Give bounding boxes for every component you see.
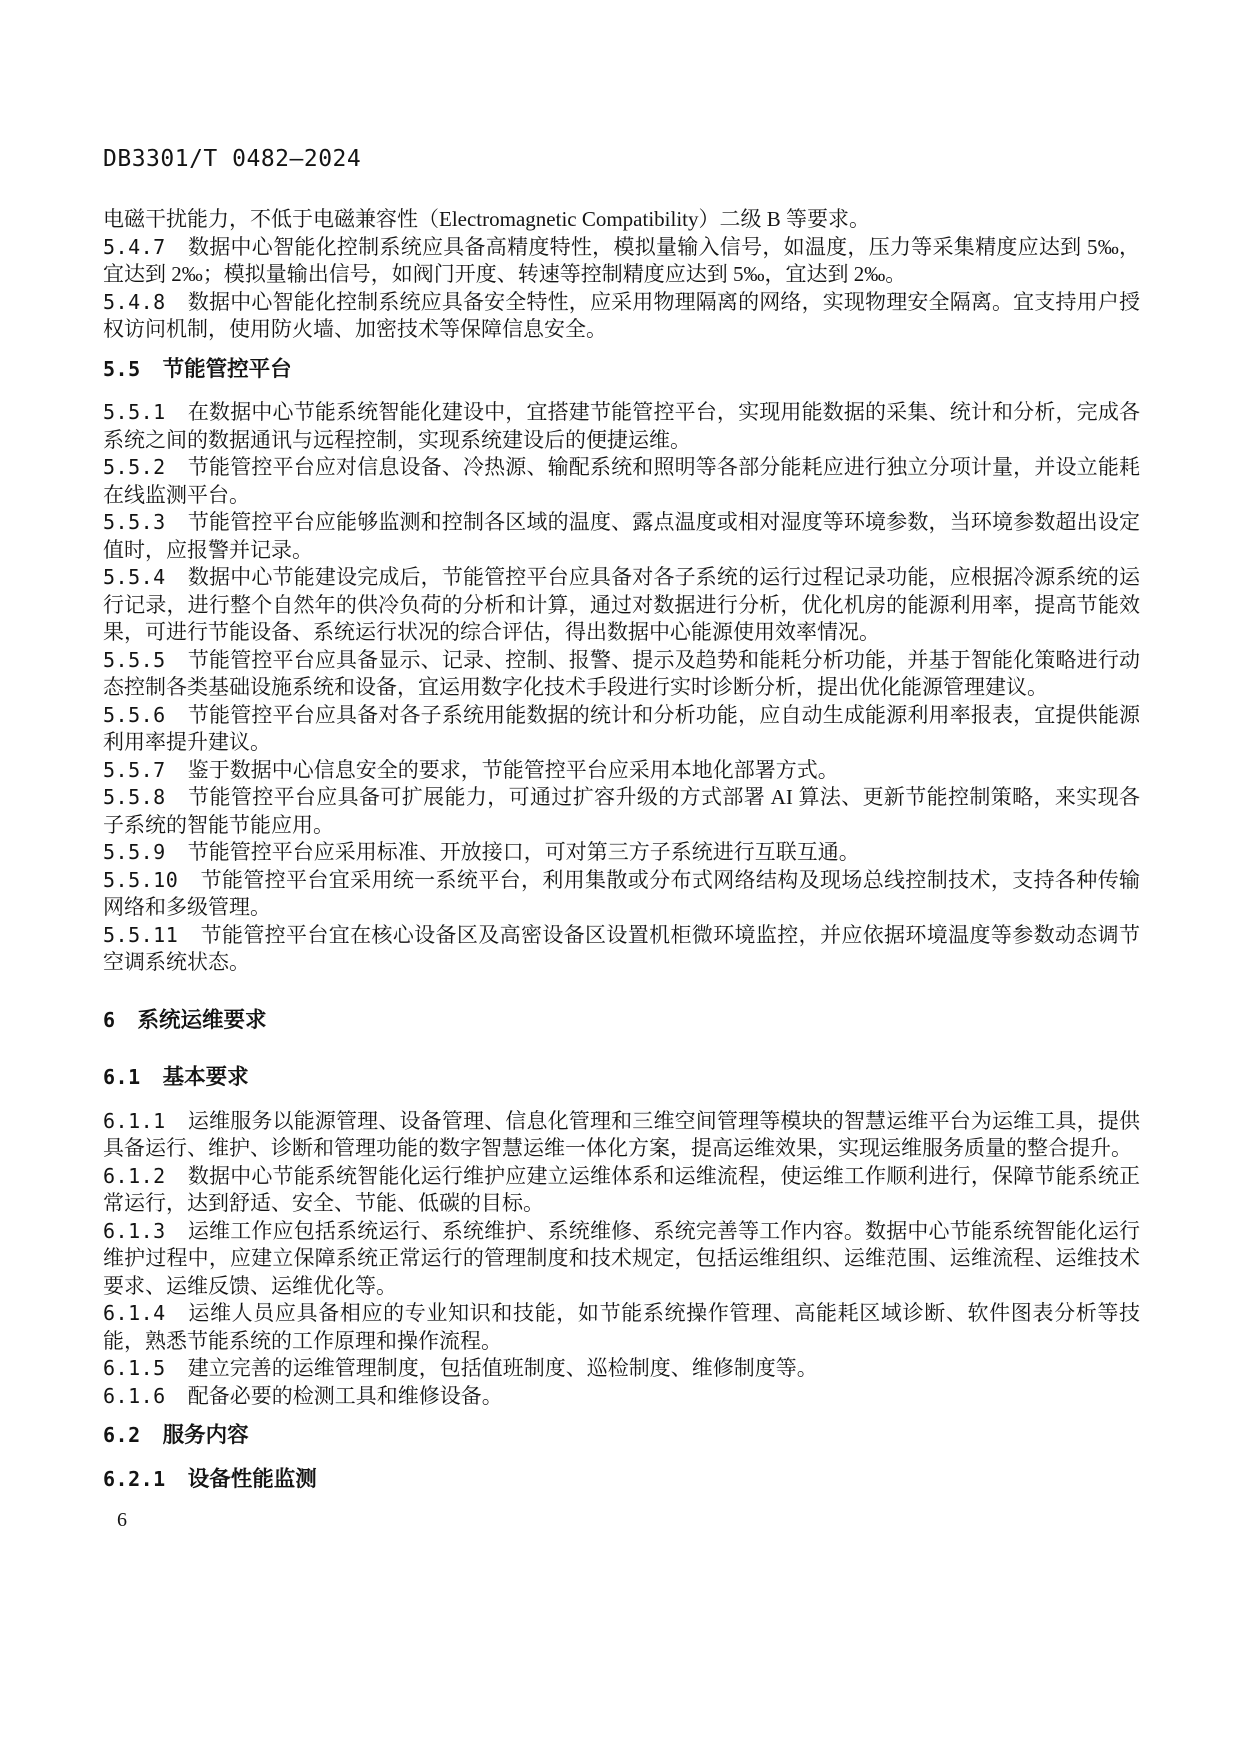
heading-number: 6.2 xyxy=(103,1423,141,1447)
clause-5.5.8: 5.5.8节能管控平台应具备可扩展能力，可通过扩容升级的方式部署 AI 算法、更… xyxy=(103,784,1140,839)
clause-5.5.9: 5.5.9节能管控平台应采用标准、开放接口，可对第三方子系统进行互联互通。 xyxy=(103,839,1140,867)
heading-number: 5.5 xyxy=(103,357,141,381)
clause-number: 5.4.8 xyxy=(103,290,166,314)
clause-number: 5.5.5 xyxy=(103,648,166,672)
clause-number: 6.1.4 xyxy=(103,1301,166,1325)
heading-number: 6 xyxy=(103,1008,116,1032)
clause-number: 5.5.7 xyxy=(103,758,166,782)
document-number-header: DB3301/T 0482—2024 xyxy=(103,146,1140,172)
clause-text: 运维工作应包括系统运行、系统维护、系统维修、系统完善等工作内容。数据中心节能系统… xyxy=(103,1219,1140,1298)
heading-text: 节能管控平台 xyxy=(163,357,292,381)
clause-number: 5.4.7 xyxy=(103,235,166,259)
clause-text: 在数据中心节能系统智能化建设中，宜搭建节能管控平台，实现用能数据的采集、统计和分… xyxy=(103,400,1140,452)
clause-text: 建立完善的运维管理制度，包括值班制度、巡检制度、维修制度等。 xyxy=(188,1356,818,1380)
clause-number: 6.1.3 xyxy=(103,1219,166,1243)
heading-text: 设备性能监测 xyxy=(188,1467,317,1491)
clause-5.5.5: 5.5.5节能管控平台应具备显示、记录、控制、报警、提示及趋势和能耗分析功能，并… xyxy=(103,647,1140,702)
clause-number: 6.1.2 xyxy=(103,1164,166,1188)
heading-text: 服务内容 xyxy=(163,1423,249,1447)
clause-6.1.2: 6.1.2数据中心节能系统智能化运行维护应建立运维体系和运维流程，使运维工作顺利… xyxy=(103,1163,1140,1218)
clause-5.5.10: 5.5.10节能管控平台宜采用统一系统平台，利用集散或分布式网络结构及现场总线控… xyxy=(103,867,1140,922)
clause-5.5.1: 5.5.1在数据中心节能系统智能化建设中，宜搭建节能管控平台，实现用能数据的采集… xyxy=(103,399,1140,454)
clause-text: 数据中心节能系统智能化运行维护应建立运维体系和运维流程，使运维工作顺利进行，保障… xyxy=(103,1164,1140,1216)
clause-5.4.7: 5.4.7数据中心智能化控制系统应具备高精度特性，模拟量输入信号，如温度，压力等… xyxy=(103,234,1140,289)
clause-6.1.1: 6.1.1运维服务以能源管理、设备管理、信息化管理和三维空间管理等模块的智慧运维… xyxy=(103,1108,1140,1163)
clause-number: 5.5.2 xyxy=(103,455,166,479)
section-heading-5.5: 5.5节能管控平台 xyxy=(103,356,1140,384)
continued-paragraph: 电磁干扰能力，不低于电磁兼容性（Electromagnetic Compatib… xyxy=(103,206,1140,234)
heading-number: 6.1 xyxy=(103,1065,141,1089)
clause-5.5.3: 5.5.3节能管控平台应能够监测和控制各区域的温度、露点温度或相对湿度等环境参数… xyxy=(103,509,1140,564)
clause-5.4.8: 5.4.8数据中心智能化控制系统应具备安全特性，应采用物理隔离的网络，实现物理安… xyxy=(103,289,1140,344)
clause-number: 6.1.5 xyxy=(103,1356,166,1380)
clause-number: 5.5.9 xyxy=(103,840,166,864)
clause-6.1.4: 6.1.4运维人员应具备相应的专业知识和技能，如节能系统操作管理、高能耗区域诊断… xyxy=(103,1300,1140,1355)
clause-5.5.4: 5.5.4数据中心节能建设完成后，节能管控平台应具备对各子系统的运行过程记录功能… xyxy=(103,564,1140,647)
clause-text: 运维服务以能源管理、设备管理、信息化管理和三维空间管理等模块的智慧运维平台为运维… xyxy=(103,1109,1140,1161)
standard-document-page: DB3301/T 0482—2024 电磁干扰能力，不低于电磁兼容性（Elect… xyxy=(0,0,1241,1754)
clause-number: 5.5.6 xyxy=(103,703,166,727)
clause-text: 节能管控平台应对信息设备、冷热源、输配系统和照明等各部分能耗应进行独立分项计量，… xyxy=(103,455,1140,507)
clause-number: 5.5.8 xyxy=(103,785,166,809)
clause-text: 节能管控平台应采用标准、开放接口，可对第三方子系统进行互联互通。 xyxy=(188,840,860,864)
document-content: 电磁干扰能力，不低于电磁兼容性（Electromagnetic Compatib… xyxy=(103,206,1140,1493)
section-heading-6.2.1: 6.2.1设备性能监测 xyxy=(103,1466,1140,1494)
clause-number: 5.5.11 xyxy=(103,923,178,947)
clause-text: 数据中心智能化控制系统应具备高精度特性，模拟量输入信号，如温度，压力等采集精度应… xyxy=(103,235,1140,287)
heading-number: 6.2.1 xyxy=(103,1467,166,1491)
page-number: 6 xyxy=(103,1509,1140,1532)
clause-5.5.7: 5.5.7鉴于数据中心信息安全的要求，节能管控平台应采用本地化部署方式。 xyxy=(103,757,1140,785)
section-heading-6.1: 6.1基本要求 xyxy=(103,1064,1140,1092)
heading-text: 系统运维要求 xyxy=(138,1008,267,1032)
clause-5.5.2: 5.5.2节能管控平台应对信息设备、冷热源、输配系统和照明等各部分能耗应进行独立… xyxy=(103,454,1140,509)
clause-number: 5.5.10 xyxy=(103,868,178,892)
clause-text: 节能管控平台应具备显示、记录、控制、报警、提示及趋势和能耗分析功能，并基于智能化… xyxy=(103,648,1140,700)
clause-text: 节能管控平台宜在核心设备区及高密设备区设置机柜微环境监控，并应依据环境温度等参数… xyxy=(103,923,1140,975)
clause-text: 鉴于数据中心信息安全的要求，节能管控平台应采用本地化部署方式。 xyxy=(188,758,839,782)
clause-text: 配备必要的检测工具和维修设备。 xyxy=(188,1384,503,1408)
clause-number: 5.5.4 xyxy=(103,565,166,589)
clause-number: 5.5.1 xyxy=(103,400,166,424)
clause-text: 运维人员应具备相应的专业知识和技能，如节能系统操作管理、高能耗区域诊断、软件图表… xyxy=(103,1301,1140,1353)
clause-text: 数据中心节能建设完成后，节能管控平台应具备对各子系统的运行过程记录功能，应根据冷… xyxy=(103,565,1140,644)
clause-text: 节能管控平台应具备可扩展能力，可通过扩容升级的方式部署 AI 算法、更新节能控制… xyxy=(103,785,1140,837)
heading-text: 基本要求 xyxy=(163,1065,249,1089)
section-heading-6.2: 6.2服务内容 xyxy=(103,1422,1140,1450)
clause-text: 数据中心智能化控制系统应具备安全特性，应采用物理隔离的网络，实现物理安全隔离。宜… xyxy=(103,290,1140,342)
clause-6.1.3: 6.1.3运维工作应包括系统运行、系统维护、系统维修、系统完善等工作内容。数据中… xyxy=(103,1218,1140,1301)
section-heading-6: 6系统运维要求 xyxy=(103,1007,1140,1035)
clause-text: 节能管控平台应能够监测和控制各区域的温度、露点温度或相对湿度等环境参数，当环境参… xyxy=(103,510,1140,562)
clause-number: 5.5.3 xyxy=(103,510,166,534)
clause-6.1.6: 6.1.6配备必要的检测工具和维修设备。 xyxy=(103,1383,1140,1411)
clause-text: 节能管控平台应具备对各子系统用能数据的统计和分析功能，应自动生成能源利用率报表，… xyxy=(103,703,1140,755)
clause-6.1.5: 6.1.5建立完善的运维管理制度，包括值班制度、巡检制度、维修制度等。 xyxy=(103,1355,1140,1383)
clause-number: 6.1.6 xyxy=(103,1384,166,1408)
clause-5.5.11: 5.5.11节能管控平台宜在核心设备区及高密设备区设置机柜微环境监控，并应依据环… xyxy=(103,922,1140,977)
clause-number: 6.1.1 xyxy=(103,1109,166,1133)
clause-5.5.6: 5.5.6节能管控平台应具备对各子系统用能数据的统计和分析功能，应自动生成能源利… xyxy=(103,702,1140,757)
clause-text: 节能管控平台宜采用统一系统平台，利用集散或分布式网络结构及现场总线控制技术，支持… xyxy=(103,868,1140,920)
clause-text: 电磁干扰能力，不低于电磁兼容性（Electromagnetic Compatib… xyxy=(103,207,870,231)
